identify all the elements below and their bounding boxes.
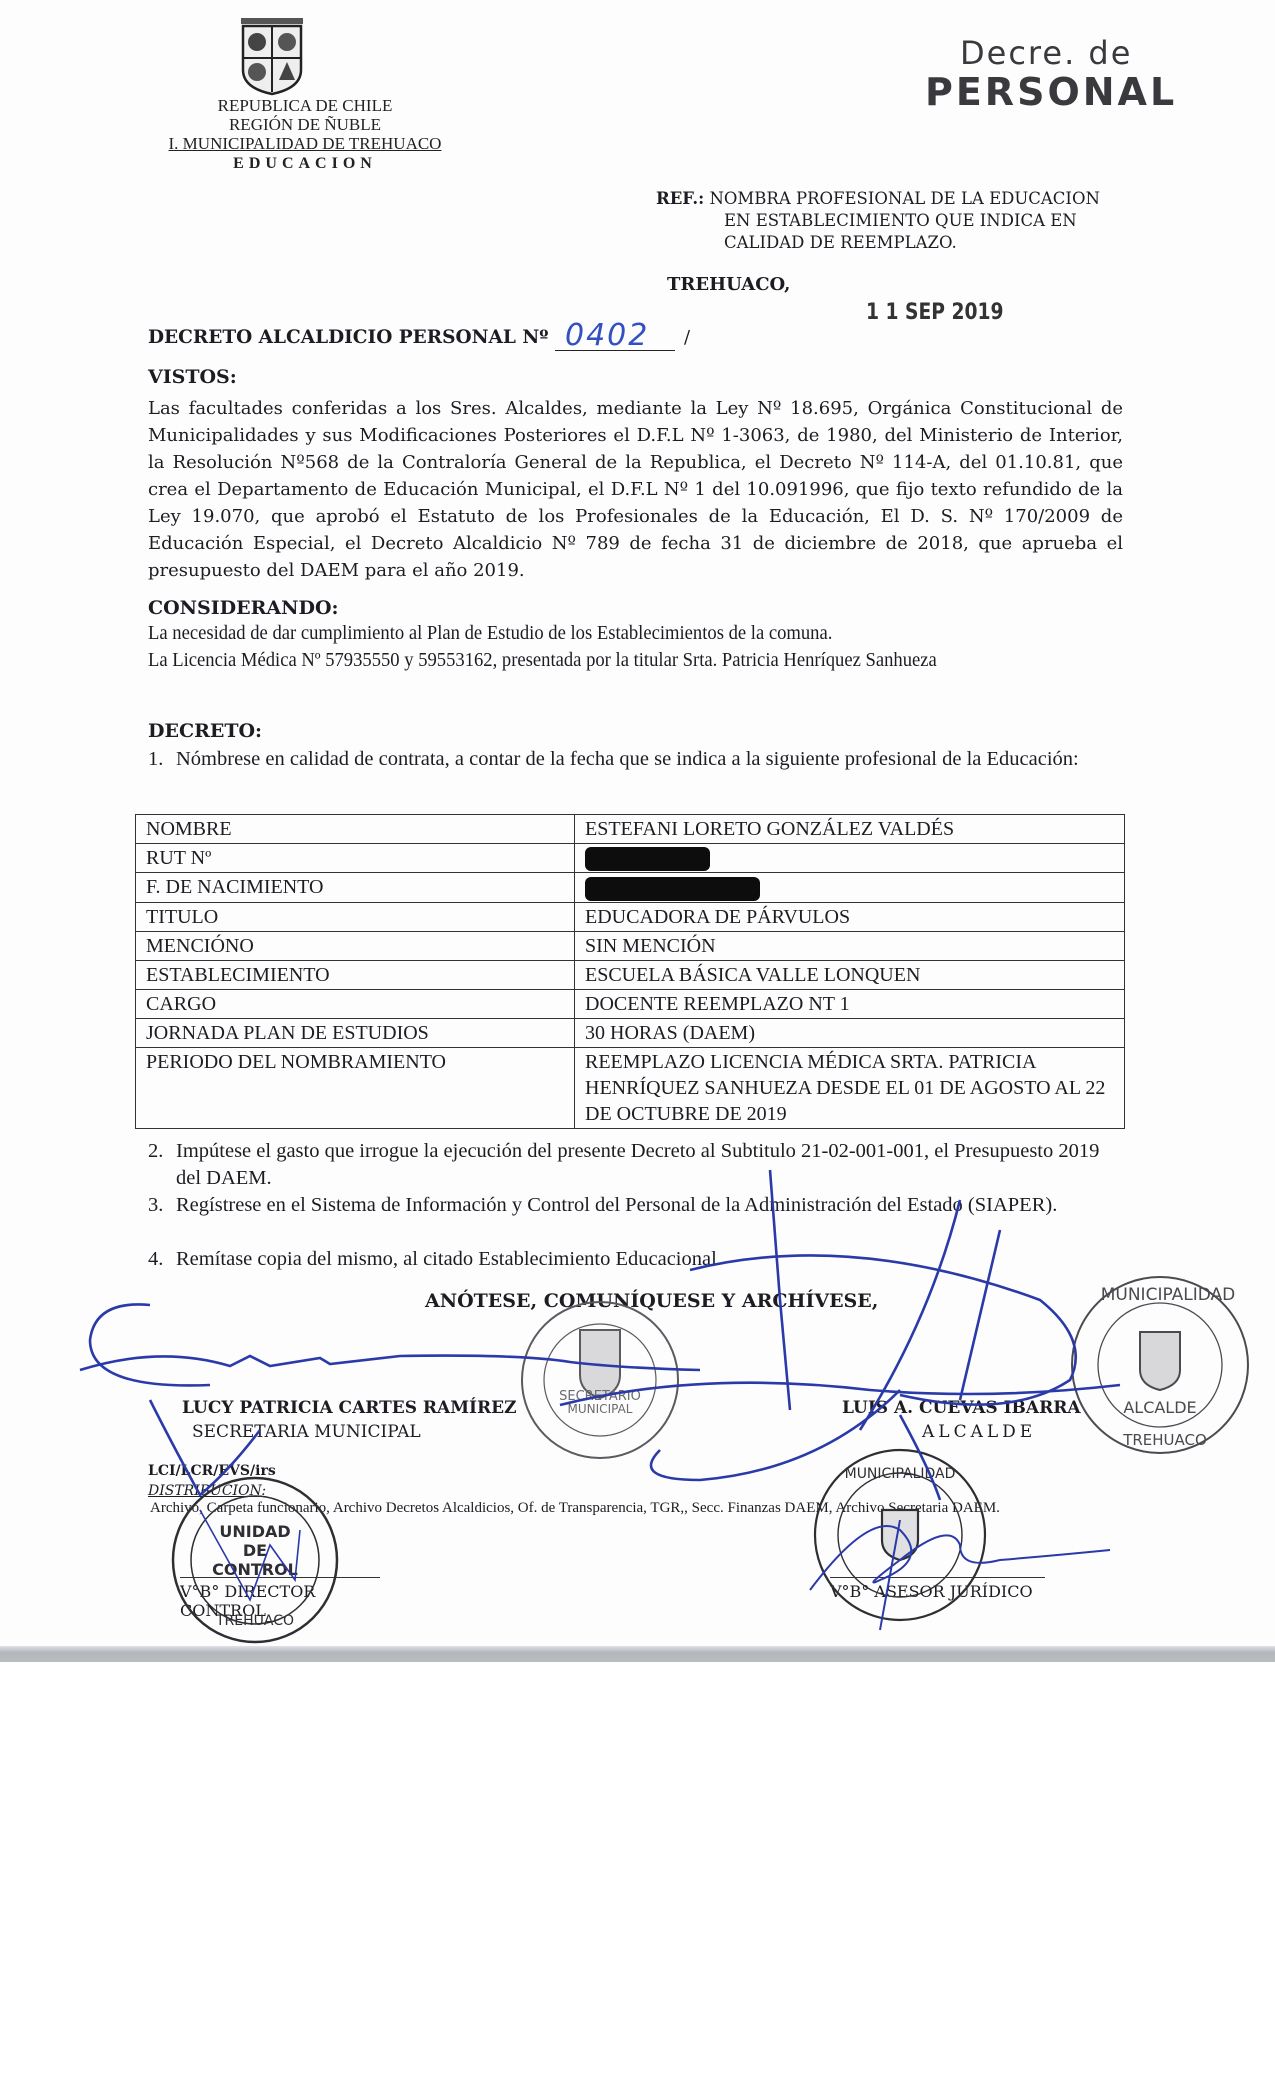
reference-line-1: NOMBRA PROFESIONAL DE LA EDUCACION [709, 189, 1099, 208]
stamp-decree-type: Decre. de [960, 34, 1132, 72]
row-label: ESTABLECIMIENTO [136, 960, 575, 989]
table-row: RUT Nº [136, 844, 1125, 873]
appointee-info-table: NOMBREESTEFANI LORETO GONZÁLEZ VALDÉSRUT… [135, 814, 1125, 1129]
date-stamp: 1 1 SEP 2019 [866, 300, 1004, 325]
vb-asesor-juridico: V°B° ASESOR JURÍDICO [830, 1577, 1045, 1601]
letterhead-department: EDUCACION [140, 154, 470, 173]
redacted-value [585, 847, 710, 871]
row-value: EDUCADORA DE PÁRVULOS [575, 902, 1125, 931]
decree-title: DECRETO ALCALDICIO PERSONAL Nº [148, 327, 548, 348]
item-text: Remítase copia del mismo, al citado Esta… [176, 1246, 1116, 1273]
page-bottom-edge [0, 1646, 1275, 1662]
signatory-left-name: LUCY PATRICIA CARTES RAMÍREZ [182, 1398, 517, 1418]
initials: LCI/LCR/EVS/irs [148, 1463, 276, 1479]
row-value: ESCUELA BÁSICA VALLE LONQUEN [575, 960, 1125, 989]
item-text: Nómbrese en calidad de contrata, a conta… [176, 746, 1116, 773]
stamp-personal: PERSONAL [925, 70, 1177, 114]
svg-text:MUNICIPAL: MUNICIPAL [568, 1402, 633, 1416]
row-value [575, 873, 1125, 902]
letterhead-municipality: I. MUNICIPALIDAD DE TREHUACO [140, 134, 470, 153]
signatory-right-name: LUIS A. CUEVAS IBARRA [842, 1398, 1081, 1418]
municipal-coat-of-arms-icon [237, 18, 307, 96]
row-label: PERIODO DEL NOMBRAMIENTO [136, 1047, 575, 1128]
svg-text:MUNICIPALIDAD: MUNICIPALIDAD [845, 1466, 956, 1482]
secretario-municipal-stamp-icon: SECRETARIO MUNICIPAL [522, 1302, 678, 1458]
item-text: Regístrese en el Sistema de Información … [176, 1192, 1116, 1219]
decreto-item-3: 3.Regístrese en el Sistema de Informació… [148, 1192, 1128, 1219]
table-row: TITULOEDUCADORA DE PÁRVULOS [136, 902, 1125, 931]
letterhead-republic: REPUBLICA DE CHILE [140, 96, 470, 115]
decree-slash: / [684, 327, 690, 348]
document-page: REPUBLICA DE CHILE REGIÓN DE ÑUBLE I. MU… [0, 0, 1275, 1660]
table-row: JORNADA PLAN DE ESTUDIOS30 HORAS (DAEM) [136, 1018, 1125, 1047]
item-number: 3. [148, 1192, 176, 1219]
vistos-heading: VISTOS: [148, 366, 237, 388]
row-label: JORNADA PLAN DE ESTUDIOS [136, 1018, 575, 1047]
item-text: Impútese el gasto que irrogue la ejecuci… [176, 1138, 1116, 1192]
decree-number-handwritten: 0402 [565, 318, 649, 353]
row-value: ESTEFANI LORETO GONZÁLEZ VALDÉS [575, 815, 1125, 844]
alcalde-stamp-icon: ALCALDE MUNICIPALIDAD TREHUACO [1072, 1277, 1248, 1453]
row-label: F. DE NACIMIENTO [136, 873, 575, 902]
row-value: SIN MENCIÓN [575, 931, 1125, 960]
redacted-value [585, 877, 760, 901]
row-value: DOCENTE REEMPLAZO NT 1 [575, 989, 1125, 1018]
item-number: 4. [148, 1246, 176, 1273]
item-number: 1. [148, 746, 176, 773]
row-label: CARGO [136, 989, 575, 1018]
reference-block: REF.: NOMBRA PROFESIONAL DE LA EDUCACION… [656, 188, 1176, 254]
considerando-heading: CONSIDERANDO: [148, 597, 339, 619]
decreto-item-4: 4.Remítase copia del mismo, al citado Es… [148, 1246, 1128, 1273]
table-row: PERIODO DEL NOMBRAMIENTOREEMPLAZO LICENC… [136, 1047, 1125, 1128]
table-row: CARGODOCENTE REEMPLAZO NT 1 [136, 989, 1125, 1018]
signature-alcalde-icon [560, 1170, 1120, 1500]
letterhead-region: REGIÓN DE ÑUBLE [140, 115, 470, 134]
signatory-right-role: ALCALDE [922, 1422, 1036, 1442]
decree-number-line [555, 350, 675, 351]
reference-line-2: EN ESTABLECIMIENTO QUE INDICA EN [656, 210, 1176, 232]
distribution-label: DISTRIBUCION: [148, 1483, 266, 1499]
row-value [575, 844, 1125, 873]
decreto-heading: DECRETO: [148, 720, 262, 742]
svg-text:SECRETARIO: SECRETARIO [559, 1389, 641, 1404]
item-number: 2. [148, 1138, 176, 1165]
signature-juridico-icon [810, 1520, 1110, 1630]
vb-director-control: V°B° DIRECTOR CONTROL [180, 1577, 380, 1620]
row-value: REEMPLAZO LICENCIA MÉDICA SRTA. PATRICIA… [575, 1047, 1125, 1128]
row-label: MENCIÓNO [136, 931, 575, 960]
decreto-item-1: 1.Nómbrese en calidad de contrata, a con… [148, 746, 1128, 773]
signatory-left-role: SECRETARIA MUNICIPAL [192, 1422, 421, 1442]
reference-label: REF.: [656, 189, 704, 208]
row-label: RUT Nº [136, 844, 575, 873]
svg-text:DE: DE [243, 1541, 267, 1560]
distribution-list: Archivo, Carpeta funcionario, Archivo De… [150, 1500, 1000, 1517]
svg-text:TREHUACO: TREHUACO [1122, 1431, 1207, 1449]
considerando-line-2: La Licencia Médica Nº 57935550 y 5955316… [148, 647, 1115, 674]
table-row: F. DE NACIMIENTO [136, 873, 1125, 902]
closing-formula: ANÓTESE, COMUNÍQUESE Y ARCHÍVESE, [425, 1290, 878, 1312]
row-value: 30 HORAS (DAEM) [575, 1018, 1125, 1047]
row-label: NOMBRE [136, 815, 575, 844]
table-row: ESTABLECIMIENTOESCUELA BÁSICA VALLE LONQ… [136, 960, 1125, 989]
considerando-line-1: La necesidad de dar cumplimiento al Plan… [148, 620, 1055, 647]
svg-text:MUNICIPALIDAD: MUNICIPALIDAD [1101, 1285, 1236, 1305]
reference-line-3: CALIDAD DE REEMPLAZO. [656, 232, 1176, 254]
row-label: TITULO [136, 902, 575, 931]
table-row: NOMBREESTEFANI LORETO GONZÁLEZ VALDÉS [136, 815, 1125, 844]
svg-text:UNIDAD: UNIDAD [219, 1522, 290, 1541]
decreto-item-2: 2.Impútese el gasto que irrogue la ejecu… [148, 1138, 1128, 1192]
vistos-text: Las facultades conferidas a los Sres. Al… [148, 395, 1123, 584]
table-row: MENCIÓNOSIN MENCIÓN [136, 931, 1125, 960]
svg-text:ALCALDE: ALCALDE [1123, 1398, 1196, 1417]
place: TREHUACO, [667, 274, 790, 295]
